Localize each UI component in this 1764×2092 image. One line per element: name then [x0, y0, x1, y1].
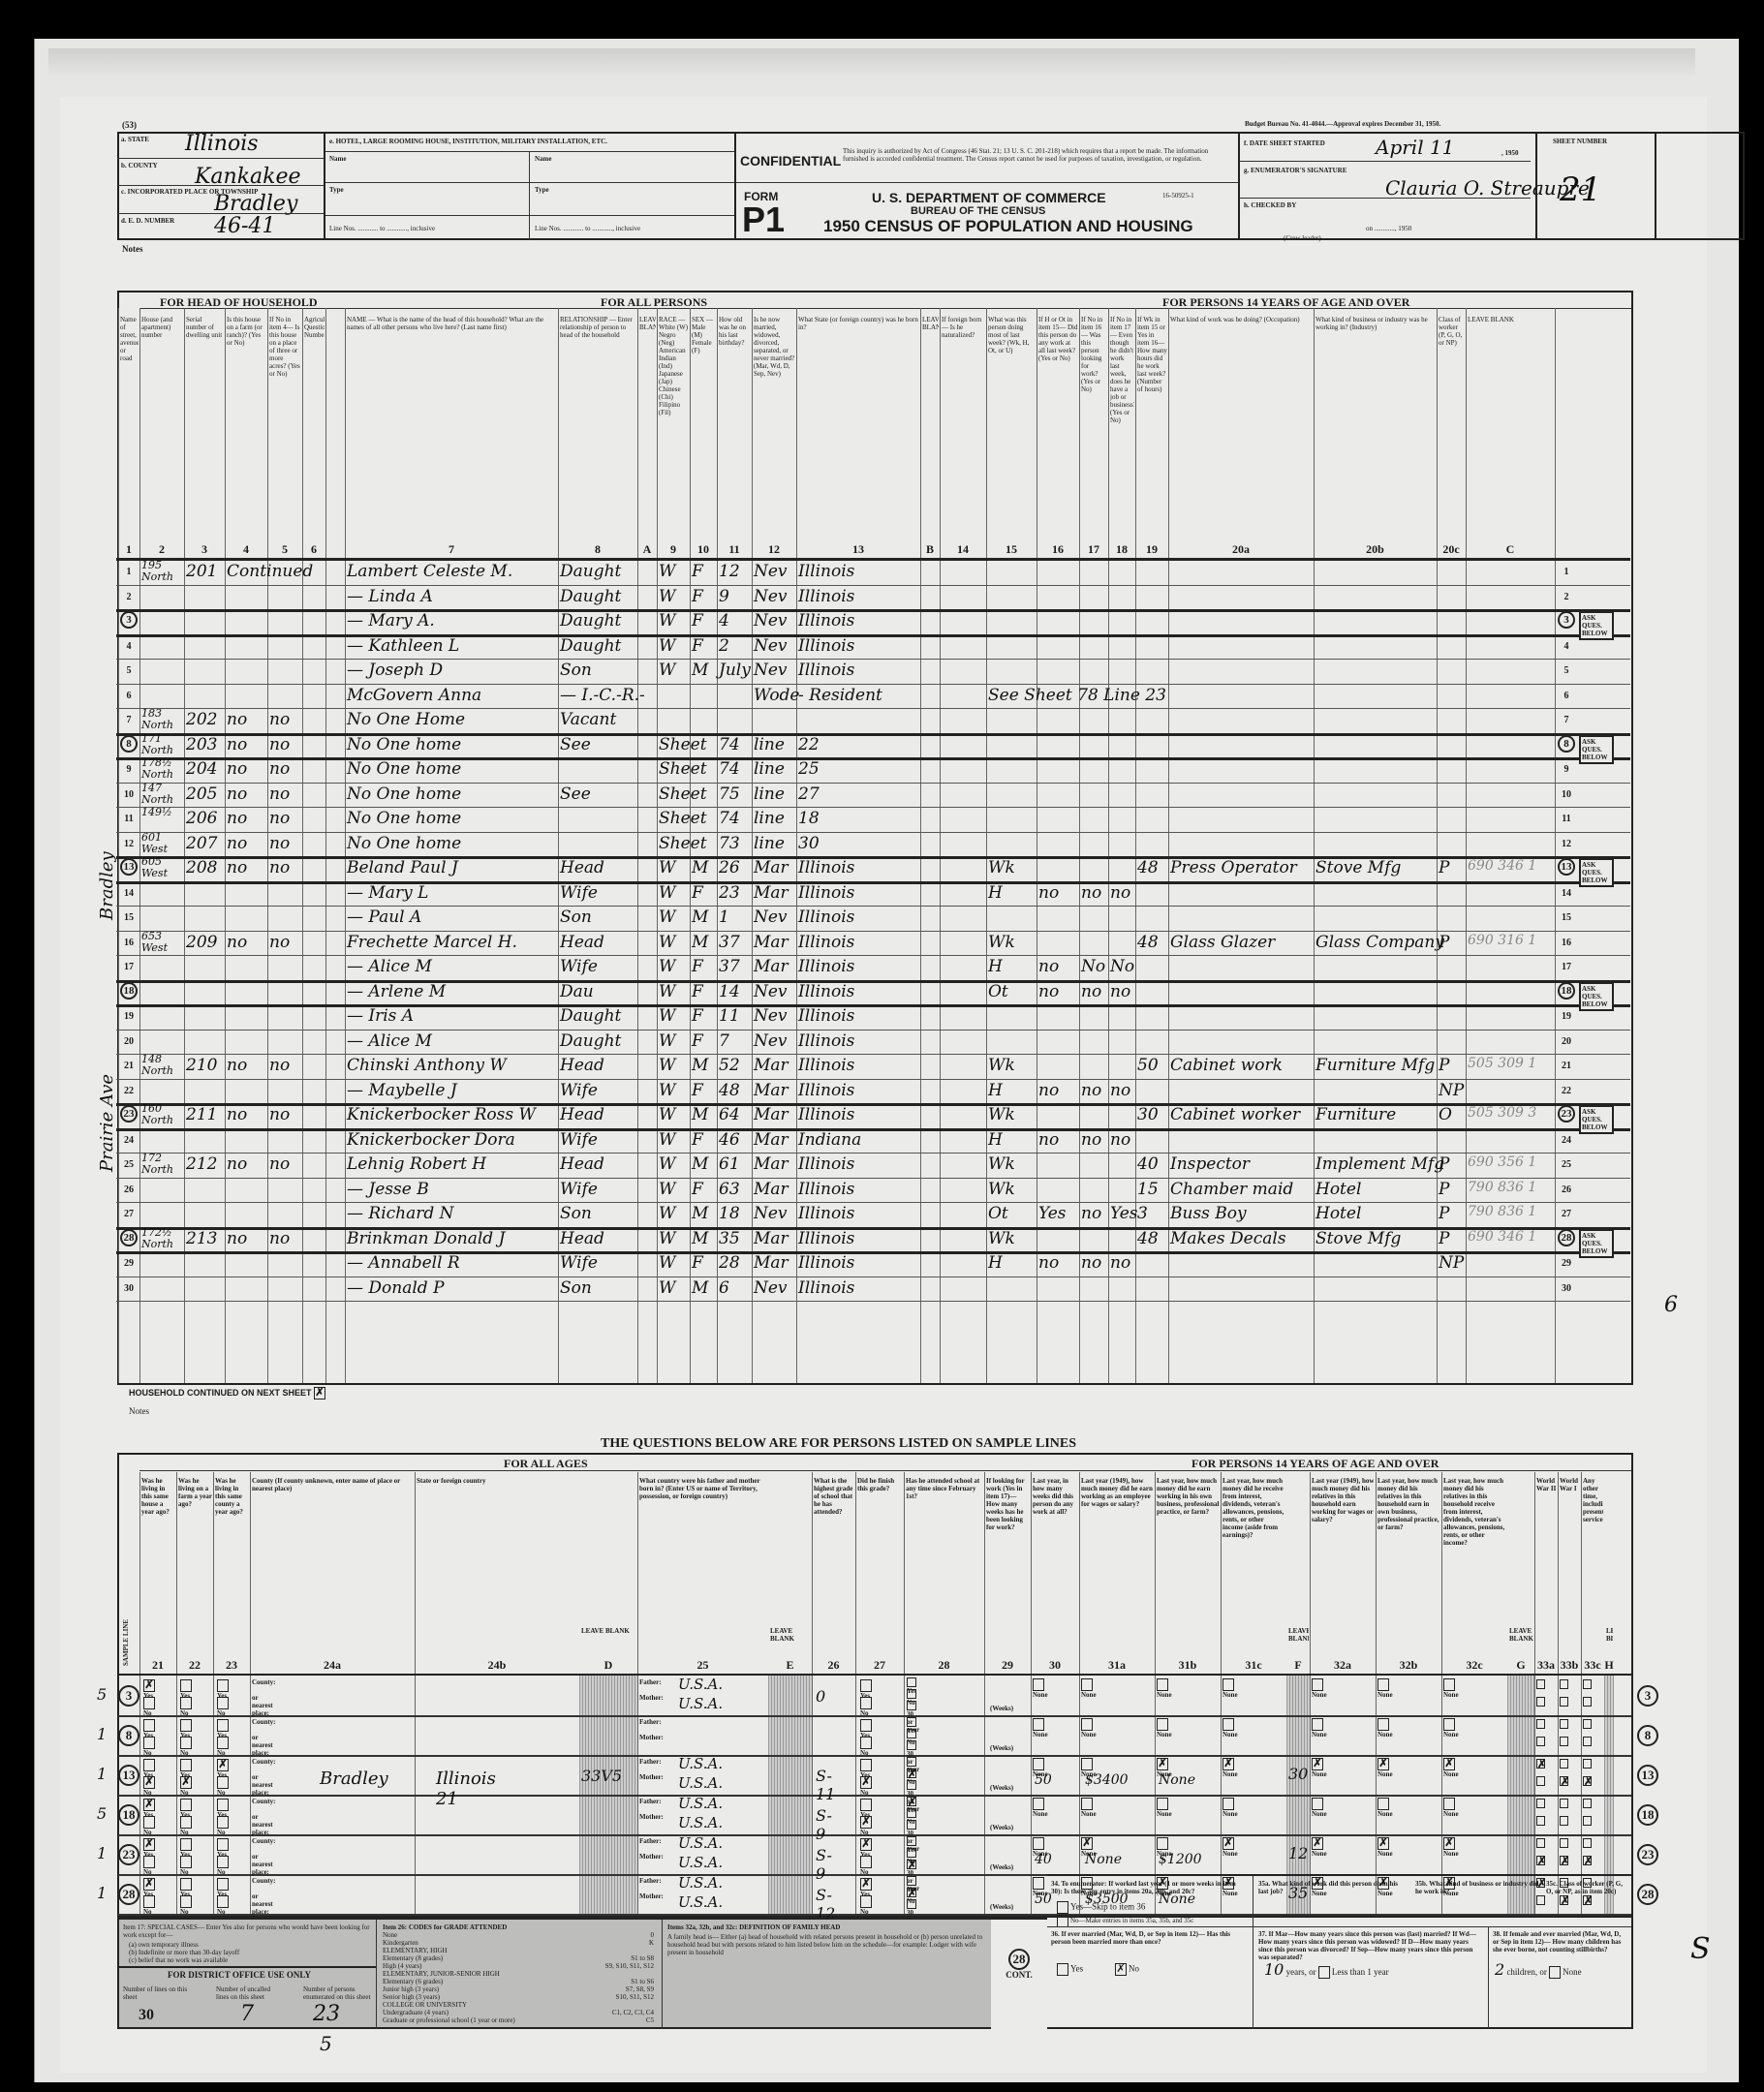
business-none-checkbox[interactable]: None: [1157, 1678, 1172, 1699]
cell-sex[interactable]: M: [692, 1229, 708, 1248]
sample-cell-father[interactable]: U.S.A.: [678, 1676, 723, 1693]
cell-occupation[interactable]: Makes Decals: [1170, 1229, 1286, 1248]
cell-codes[interactable]: 690 346 1: [1468, 858, 1536, 874]
rel_wages-none-checkbox[interactable]: None: [1312, 1718, 1327, 1738]
cell-job[interactable]: no: [1110, 1253, 1130, 1273]
cell-serial[interactable]: no: [227, 809, 247, 828]
cell-class[interactable]: NP: [1439, 1253, 1464, 1273]
sample-cell-mother[interactable]: U.S.A.: [678, 1695, 723, 1712]
cell-sex[interactable]: F: [692, 957, 703, 976]
cell-marital[interactable]: Mar: [754, 1056, 789, 1075]
cell-sex[interactable]: M: [692, 1154, 708, 1174]
cell-race[interactable]: W: [659, 1006, 675, 1026]
q27-no-checkbox[interactable]: ✗No: [860, 1776, 874, 1797]
cell-name[interactable]: Knickerbocker Ross W: [347, 1105, 536, 1124]
cell-rel[interactable]: Daught: [560, 562, 621, 581]
cell-farm[interactable]: no: [269, 710, 290, 729]
q21-no-checkbox[interactable]: No: [143, 1816, 157, 1836]
cell-activity[interactable]: Wk: [988, 1229, 1015, 1248]
sample-cell-grade[interactable]: S-9: [816, 1846, 832, 1883]
cell-industry[interactable]: Stove Mfg: [1315, 858, 1401, 877]
cell-activity[interactable]: H: [988, 1253, 1003, 1273]
other_service-yes-checkbox[interactable]: [1583, 1719, 1594, 1729]
cell-birthplace[interactable]: - Resident: [798, 686, 882, 705]
q22-no-checkbox[interactable]: No: [180, 1737, 194, 1757]
q22-no-checkbox[interactable]: No: [180, 1895, 194, 1916]
cell-looking[interactable]: no: [1081, 1130, 1101, 1150]
cell-name[interactable]: Chinski Anthony W: [347, 1056, 507, 1075]
cell-rel[interactable]: Vacant: [560, 710, 616, 729]
cell-name[interactable]: — Alice M: [347, 1031, 432, 1051]
cell-hours[interactable]: 30: [1137, 1105, 1159, 1124]
q23-no-checkbox[interactable]: No: [217, 1856, 231, 1876]
cell-name[interactable]: Frechette Marcel H.: [347, 933, 517, 952]
sample-cell-code[interactable]: 33V5: [581, 1767, 622, 1785]
cell-farm[interactable]: no: [269, 784, 290, 804]
cell-race[interactable]: W: [659, 1130, 675, 1150]
cell-serial[interactable]: no: [227, 834, 247, 853]
sample-cell-father[interactable]: U.S.A.: [678, 1755, 723, 1772]
cell-codes[interactable]: 505 309 3: [1468, 1105, 1536, 1121]
other-none-checkbox[interactable]: None: [1222, 1678, 1238, 1699]
sample-cell-father[interactable]: U.S.A.: [678, 1795, 723, 1812]
cell-age[interactable]: 9: [719, 587, 729, 606]
cell-looking[interactable]: no: [1081, 982, 1101, 1001]
q27-no-checkbox[interactable]: No: [860, 1895, 874, 1916]
cell-race[interactable]: W: [659, 908, 675, 927]
cell-street[interactable]: 653 West: [141, 931, 186, 954]
cell-race[interactable]: W: [659, 1031, 675, 1051]
cell-house[interactable]: 207: [186, 834, 217, 853]
cell-rel[interactable]: Wife: [560, 1130, 598, 1150]
cell-rel[interactable]: Son: [560, 908, 592, 927]
cell-marital[interactable]: Wode: [754, 686, 800, 705]
cell-age[interactable]: 4: [719, 611, 729, 631]
q27-no-checkbox[interactable]: No: [860, 1737, 874, 1757]
cell-rel[interactable]: Son: [560, 661, 592, 680]
cell-farm[interactable]: no: [269, 858, 290, 877]
cell-job[interactable]: no: [1110, 1081, 1130, 1100]
sample-cell-county[interactable]: Bradley: [320, 1769, 388, 1789]
cell-class[interactable]: P: [1439, 1056, 1449, 1075]
cell-birthplace[interactable]: Illinois: [798, 883, 854, 903]
cell-sex[interactable]: F: [692, 1130, 703, 1150]
cell-activity[interactable]: H: [988, 1130, 1003, 1150]
cell-birthplace[interactable]: 22: [798, 735, 820, 754]
rel_business-none-checkbox[interactable]: ✗None: [1377, 1837, 1393, 1858]
cell-name[interactable]: No One home: [347, 784, 461, 804]
cell-rel[interactable]: Head: [560, 933, 604, 952]
cell-work_any[interactable]: no: [1038, 957, 1059, 976]
sample-cell-mother[interactable]: U.S.A.: [678, 1774, 723, 1792]
ww2-yes-checkbox[interactable]: [1536, 1799, 1547, 1808]
sample-cell-grade[interactable]: 0: [816, 1687, 825, 1706]
cell-codes[interactable]: 690 316 1: [1468, 933, 1536, 948]
cell-marital[interactable]: Mar: [754, 1154, 789, 1174]
cell-name[interactable]: No One home: [347, 809, 461, 828]
ww1-no-checkbox[interactable]: ✗: [1560, 1776, 1570, 1786]
ww1-yes-checkbox[interactable]: [1560, 1799, 1570, 1808]
rel_business-none-checkbox[interactable]: None: [1377, 1718, 1393, 1738]
cell-birthplace[interactable]: 25: [798, 759, 820, 779]
cell-looking[interactable]: no: [1081, 1204, 1101, 1223]
rel_business-none-checkbox[interactable]: None: [1377, 1678, 1393, 1699]
cell-sex[interactable]: F: [692, 1031, 703, 1051]
q34-yes-option[interactable]: Yes—Skip to item 36: [1057, 1901, 1145, 1914]
cell-birthplace[interactable]: 18: [798, 809, 820, 828]
q22-no-checkbox[interactable]: No: [180, 1816, 194, 1836]
cell-name[interactable]: — Richard N: [347, 1204, 454, 1223]
ww2-no-checkbox[interactable]: [1536, 1816, 1547, 1826]
other_service-yes-checkbox[interactable]: [1583, 1679, 1594, 1689]
q23-no-checkbox[interactable]: No: [217, 1816, 231, 1836]
cell-industry[interactable]: Furniture Mfg: [1315, 1056, 1435, 1075]
cell-house[interactable]: 211: [186, 1105, 217, 1124]
cell-activity[interactable]: H: [988, 1081, 1003, 1100]
other_service-no-checkbox[interactable]: [1583, 1697, 1594, 1707]
rel_other-none-checkbox[interactable]: ✗None: [1443, 1837, 1459, 1858]
cell-industry[interactable]: Glass Company: [1315, 933, 1444, 952]
cell-farm[interactable]: no: [269, 1105, 290, 1124]
q21-no-checkbox[interactable]: ✗No: [143, 1776, 157, 1797]
ww1-no-checkbox[interactable]: ✗: [1560, 1856, 1570, 1865]
cell-sex[interactable]: F: [692, 562, 703, 581]
cell-marital[interactable]: Nev: [754, 1204, 788, 1223]
cell-marital[interactable]: Mar: [754, 1105, 789, 1124]
cell-house[interactable]: 212: [186, 1154, 217, 1174]
cell-marital[interactable]: Nev: [754, 661, 788, 680]
cell-occupation[interactable]: Inspector: [1170, 1154, 1250, 1174]
other-none-checkbox[interactable]: ✗None: [1222, 1758, 1238, 1778]
cell-rel[interactable]: Head: [560, 1056, 604, 1075]
cell-house[interactable]: 209: [186, 933, 217, 952]
wages-none-checkbox[interactable]: None: [1081, 1678, 1097, 1699]
cell-race[interactable]: W: [659, 982, 675, 1001]
q21-no-checkbox[interactable]: No: [143, 1737, 157, 1757]
cell-sex[interactable]: M: [692, 661, 708, 680]
cell-street[interactable]: 183 North: [141, 708, 186, 731]
cell-sex[interactable]: M: [692, 1204, 708, 1223]
cell-marital[interactable]: Nev: [754, 587, 788, 606]
cell-rel[interactable]: See: [560, 784, 591, 804]
q27-no-checkbox[interactable]: No: [860, 1697, 874, 1717]
cell-name[interactable]: No One home: [347, 834, 461, 853]
cell-birthplace[interactable]: Illinois: [798, 587, 854, 606]
q23-no-checkbox[interactable]: No: [217, 1737, 231, 1757]
cell-marital[interactable]: Nev: [754, 1031, 788, 1051]
cell-industry[interactable]: Hotel: [1315, 1180, 1361, 1199]
cell-rel[interactable]: Dau: [560, 982, 594, 1001]
rel_business-none-checkbox[interactable]: None: [1377, 1798, 1393, 1818]
cell-marital[interactable]: Mar: [754, 1130, 789, 1150]
q22-no-checkbox[interactable]: No: [180, 1856, 194, 1876]
cell-birthplace[interactable]: Illinois: [798, 1278, 854, 1298]
cell-race[interactable]: W: [659, 562, 675, 581]
cell-name[interactable]: No One home: [347, 759, 461, 779]
cell-race[interactable]: W: [659, 1081, 675, 1100]
cell-job[interactable]: no: [1110, 883, 1130, 903]
cell-house[interactable]: 203: [186, 735, 217, 754]
q23-no-checkbox[interactable]: No: [217, 1697, 231, 1717]
cell-house[interactable]: 205: [186, 784, 217, 804]
other_service-no-checkbox[interactable]: [1583, 1816, 1594, 1826]
cell-house[interactable]: 213: [186, 1229, 217, 1248]
cell-name[interactable]: — Kathleen L: [347, 636, 459, 656]
household-continued-checkbox[interactable]: ✗: [314, 1387, 325, 1400]
other_service-yes-checkbox[interactable]: [1583, 1799, 1594, 1808]
cell-sex[interactable]: F: [692, 1180, 703, 1199]
weeks_worked-none-checkbox[interactable]: None: [1033, 1718, 1048, 1738]
cell-class[interactable]: NP: [1439, 1081, 1464, 1100]
cell-serial[interactable]: no: [227, 1056, 247, 1075]
cell-race[interactable]: Sheet: [659, 759, 707, 779]
cell-codes[interactable]: 690 356 1: [1468, 1154, 1536, 1170]
cell-hours[interactable]: 48: [1137, 858, 1159, 877]
cell-farm[interactable]: no: [269, 735, 290, 754]
cell-house[interactable]: 206: [186, 809, 217, 828]
cell-job[interactable]: No: [1110, 957, 1134, 976]
cell-serial[interactable]: no: [227, 735, 247, 754]
cell-work_any[interactable]: no: [1038, 1253, 1059, 1273]
cell-sex[interactable]: M: [692, 1105, 708, 1124]
cell-age[interactable]: 74: [719, 735, 740, 754]
cell-serial[interactable]: no: [227, 710, 247, 729]
q23-no-checkbox[interactable]: No: [217, 1895, 231, 1916]
cell-name[interactable]: — Iris A: [347, 1006, 414, 1026]
cell-birthplace[interactable]: Illinois: [798, 1006, 854, 1026]
cell-sex[interactable]: M: [692, 933, 708, 952]
cell-hours[interactable]: 48: [1137, 1229, 1159, 1248]
cell-rel[interactable]: Daught: [560, 636, 621, 656]
cell-age[interactable]: 52: [719, 1056, 740, 1075]
cell-rel[interactable]: Wife: [560, 883, 598, 903]
rel_other-none-checkbox[interactable]: None: [1443, 1678, 1459, 1699]
cell-age[interactable]: 73: [719, 834, 740, 853]
cell-activity[interactable]: Wk: [988, 1180, 1015, 1199]
other_service-no-checkbox[interactable]: ✗: [1583, 1856, 1594, 1865]
cell-sex[interactable]: F: [692, 611, 703, 631]
cell-rel[interactable]: Wife: [560, 1180, 598, 1199]
cell-birthplace[interactable]: Illinois: [798, 1081, 854, 1100]
cell-rel[interactable]: Wife: [560, 1253, 598, 1273]
cell-race[interactable]: W: [659, 636, 675, 656]
ww2-yes-checkbox[interactable]: [1536, 1719, 1547, 1729]
cell-job[interactable]: Yes: [1110, 1204, 1138, 1223]
cell-looking[interactable]: no: [1081, 883, 1101, 903]
cell-birthplace[interactable]: Indiana: [798, 1130, 861, 1150]
cell-sex[interactable]: F: [692, 587, 703, 606]
cell-street[interactable]: 147 North: [141, 783, 186, 806]
cell-race[interactable]: Sheet: [659, 809, 707, 828]
cell-rel[interactable]: Daught: [560, 1031, 621, 1051]
cell-age[interactable]: 14: [719, 982, 740, 1001]
ww1-no-checkbox[interactable]: [1560, 1737, 1570, 1746]
wages-none-checkbox[interactable]: ✗None: [1081, 1837, 1097, 1858]
cell-name[interactable]: — Arlene M: [347, 982, 446, 1001]
cell-industry[interactable]: Implement Mfg: [1315, 1154, 1444, 1174]
cell-class[interactable]: P: [1439, 1180, 1449, 1199]
other_service-yes-checkbox[interactable]: [1583, 1759, 1594, 1769]
cell-serial[interactable]: no: [227, 858, 247, 877]
q21-no-checkbox[interactable]: No: [143, 1697, 157, 1717]
cell-codes[interactable]: 690 346 1: [1468, 1229, 1536, 1245]
ww2-yes-checkbox[interactable]: [1536, 1838, 1547, 1848]
cell-activity[interactable]: Wk: [988, 933, 1015, 952]
cell-marital[interactable]: Nev: [754, 982, 788, 1001]
cell-work_any[interactable]: Yes: [1038, 1204, 1067, 1223]
cell-rel[interactable]: — I.-C.-R.-: [560, 686, 645, 705]
cell-race[interactable]: W: [659, 611, 675, 631]
sample-cell-state[interactable]: Illinois 21: [436, 1769, 496, 1809]
cell-age[interactable]: 35: [719, 1229, 740, 1248]
weeks_worked-none-checkbox[interactable]: None: [1033, 1877, 1048, 1897]
cell-race[interactable]: W: [659, 587, 675, 606]
cell-rel[interactable]: Wife: [560, 957, 598, 976]
cell-birthplace[interactable]: Illinois: [798, 636, 854, 656]
cell-activity[interactable]: Wk: [988, 1105, 1015, 1124]
cell-age[interactable]: 23: [719, 883, 740, 903]
cell-marital[interactable]: Nev: [754, 611, 788, 631]
cell-race[interactable]: Sheet: [659, 784, 707, 804]
cell-work_any[interactable]: no: [1038, 883, 1059, 903]
cell-age[interactable]: 28: [719, 1253, 740, 1273]
cell-activity[interactable]: Ot: [988, 1204, 1008, 1223]
cell-age[interactable]: 2: [719, 636, 729, 656]
cell-birthplace[interactable]: Illinois: [798, 982, 854, 1001]
cell-marital[interactable]: Mar: [754, 858, 789, 877]
cell-race[interactable]: W: [659, 1154, 675, 1174]
cell-house[interactable]: 204: [186, 759, 217, 779]
cell-rel[interactable]: Daught: [560, 1006, 621, 1026]
ww1-yes-checkbox[interactable]: [1560, 1759, 1570, 1769]
weeks_worked-none-checkbox[interactable]: None: [1033, 1798, 1048, 1818]
cell-street[interactable]: 149½: [141, 807, 186, 818]
cell-activity[interactable]: H: [988, 957, 1003, 976]
business-none-checkbox[interactable]: None: [1157, 1718, 1172, 1738]
cell-sex[interactable]: M: [692, 908, 708, 927]
cell-birthplace[interactable]: Illinois: [798, 1180, 854, 1199]
cell-sex[interactable]: F: [692, 1081, 703, 1100]
cell-age[interactable]: 48: [719, 1081, 740, 1100]
cell-birthplace[interactable]: Illinois: [798, 1105, 854, 1124]
cell-class[interactable]: P: [1439, 933, 1449, 952]
cell-age[interactable]: 12: [719, 562, 740, 581]
rel_wages-none-checkbox[interactable]: None: [1312, 1798, 1327, 1818]
cell-birthplace[interactable]: Illinois: [798, 858, 854, 877]
other-none-checkbox[interactable]: None: [1222, 1718, 1238, 1738]
cell-race[interactable]: W: [659, 858, 675, 877]
cell-age[interactable]: 63: [719, 1180, 740, 1199]
rel_business-none-checkbox[interactable]: ✗None: [1377, 1758, 1393, 1778]
cell-age[interactable]: July: [719, 661, 751, 680]
cell-job[interactable]: no: [1110, 982, 1130, 1001]
cell-race[interactable]: W: [659, 1229, 675, 1248]
cell-rel[interactable]: See: [560, 735, 591, 754]
q22-no-checkbox[interactable]: No: [180, 1697, 194, 1717]
sample-cell-grade[interactable]: S-9: [816, 1806, 832, 1843]
cell-age[interactable]: 7: [719, 1031, 729, 1051]
cell-marital[interactable]: line: [754, 784, 785, 804]
cell-hours[interactable]: 3: [1137, 1204, 1148, 1223]
cell-age[interactable]: 26: [719, 858, 740, 877]
sample-cell-father[interactable]: U.S.A.: [678, 1874, 723, 1892]
cell-street[interactable]: 178½ North: [141, 757, 186, 781]
cell-race[interactable]: W: [659, 1180, 675, 1199]
cell-street[interactable]: 171 North: [141, 733, 186, 756]
cell-name[interactable]: — Joseph D: [347, 661, 443, 680]
cell-street[interactable]: 172 North: [141, 1153, 186, 1176]
cell-birthplace[interactable]: 30: [798, 834, 820, 853]
other_service-no-checkbox[interactable]: [1583, 1737, 1594, 1746]
cell-looking[interactable]: no: [1081, 1253, 1101, 1273]
cell-codes[interactable]: 505 309 1: [1468, 1056, 1536, 1071]
q27-no-checkbox[interactable]: ✗No: [860, 1816, 874, 1836]
q21-no-checkbox[interactable]: No: [143, 1895, 157, 1916]
cell-sex[interactable]: F: [692, 1006, 703, 1026]
weeks_worked-none-checkbox[interactable]: None: [1033, 1837, 1048, 1858]
cell-street[interactable]: 148 North: [141, 1054, 186, 1077]
cell-race[interactable]: W: [659, 1204, 675, 1223]
sample-cell-father[interactable]: U.S.A.: [678, 1834, 723, 1852]
q36-no-option[interactable]: ✗No: [1115, 1963, 1139, 1976]
sample-cell-mother[interactable]: U.S.A.: [678, 1854, 723, 1871]
cell-sex[interactable]: M: [692, 858, 708, 877]
cell-class[interactable]: P: [1439, 858, 1449, 877]
cell-codes[interactable]: 790 836 1: [1468, 1180, 1536, 1195]
wages-none-checkbox[interactable]: None: [1081, 1718, 1097, 1738]
cell-sex[interactable]: M: [692, 1278, 708, 1298]
cell-street[interactable]: 160 North: [141, 1103, 186, 1126]
cell-marital[interactable]: Mar: [754, 1253, 789, 1273]
cell-rel[interactable]: Son: [560, 1204, 592, 1223]
cell-race[interactable]: W: [659, 1105, 675, 1124]
cell-birthplace[interactable]: Illinois: [798, 1031, 854, 1051]
cell-rel[interactable]: Head: [560, 1229, 604, 1248]
rel_other-none-checkbox[interactable]: None: [1443, 1798, 1459, 1818]
cell-race[interactable]: W: [659, 661, 675, 680]
ww1-yes-checkbox[interactable]: [1560, 1838, 1570, 1848]
cell-occupation[interactable]: Press Operator: [1170, 858, 1297, 877]
cell-birthplace[interactable]: Illinois: [798, 1229, 854, 1248]
cell-name[interactable]: — Paul A: [347, 908, 421, 927]
cell-activity[interactable]: Wk: [988, 1056, 1015, 1075]
cell-hours[interactable]: 48: [1137, 933, 1159, 952]
weeks_worked-none-checkbox[interactable]: None: [1033, 1678, 1048, 1699]
cell-marital[interactable]: Mar: [754, 1180, 789, 1199]
cell-age[interactable]: 64: [719, 1105, 740, 1124]
cell-farm[interactable]: no: [269, 933, 290, 952]
rel_other-none-checkbox[interactable]: None: [1443, 1718, 1459, 1738]
ww1-yes-checkbox[interactable]: [1560, 1719, 1570, 1729]
q36-yes-option[interactable]: Yes: [1057, 1963, 1083, 1976]
cell-occupation[interactable]: Cabinet work: [1170, 1056, 1283, 1075]
ww2-no-checkbox[interactable]: [1536, 1737, 1547, 1746]
cell-class[interactable]: P: [1439, 1229, 1449, 1248]
cell-activity[interactable]: H: [988, 883, 1003, 903]
rel_other-none-checkbox[interactable]: ✗None: [1443, 1758, 1459, 1778]
cell-job[interactable]: no: [1110, 1130, 1130, 1150]
cell-occupation[interactable]: Glass Glazer: [1170, 933, 1275, 952]
wages-none-checkbox[interactable]: None: [1081, 1758, 1097, 1778]
cell-sex[interactable]: F: [692, 982, 703, 1001]
cell-hours[interactable]: 40: [1137, 1154, 1159, 1174]
ww2-no-checkbox[interactable]: [1536, 1697, 1547, 1707]
other-none-checkbox[interactable]: None: [1222, 1798, 1238, 1818]
cell-name[interactable]: No One home: [347, 735, 461, 754]
cell-marital[interactable]: Mar: [754, 1081, 789, 1100]
cell-farm[interactable]: no: [269, 1154, 290, 1174]
cell-activity[interactable]: Wk: [988, 858, 1015, 877]
